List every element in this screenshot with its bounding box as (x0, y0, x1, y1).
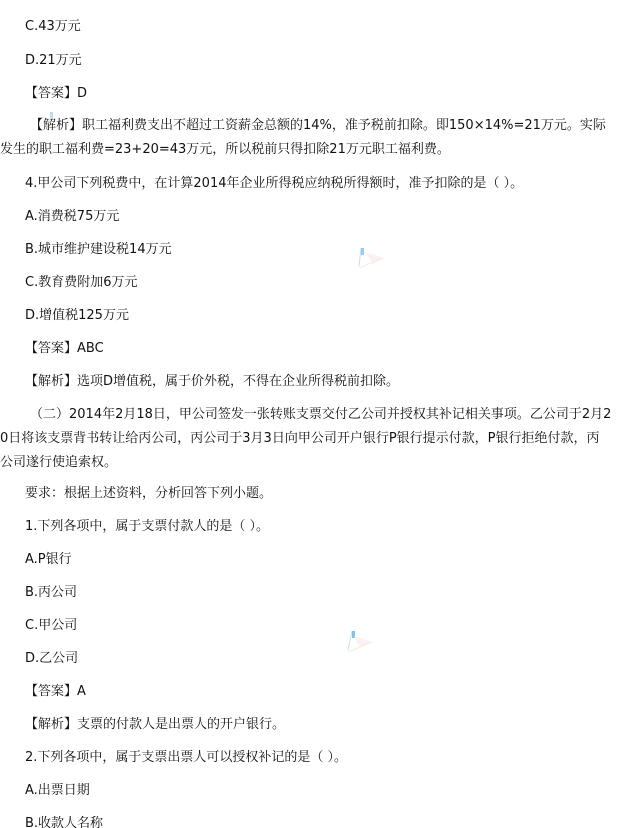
option-a: A.消费税75万元 (25, 207, 617, 226)
answer-label: 【答案】ABC (25, 339, 617, 358)
question-4-text: 4.甲公司下列税费中，在计算2014年企业所得税应纳税所得额时，准予扣除的是（ … (25, 174, 617, 193)
option-d: D.乙公司 (25, 649, 617, 668)
option-a: A.P银行 (25, 550, 617, 569)
option-d: D.21万元 (25, 51, 617, 70)
case-material-text: （二）2014年2月18日，甲公司签发一张转账支票交付乙公司并授权其补记相关事项… (0, 403, 612, 475)
analysis-text: 【解析】选项D增值税，属于价外税，不得在企业所得税前扣除。 (25, 372, 617, 391)
option-d: D.增值税125万元 (25, 306, 617, 325)
option-b: B.城市维护建设税14万元 (25, 240, 617, 259)
analysis-text: 【解析】支票的付款人是出票人的开户银行。 (25, 715, 617, 734)
answer-label: 【答案】D (25, 84, 617, 103)
question-2-text: 2.下列各项中，属于支票出票人可以授权补记的是（ ）。 (25, 748, 617, 767)
option-c: C.甲公司 (25, 616, 617, 635)
option-a: A.出票日期 (25, 781, 617, 800)
option-c: C.43万元 (25, 17, 617, 36)
answer-label: 【答案】A (25, 682, 617, 701)
question-1-text: 1.下列各项中，属于支票付款人的是（ ）。 (25, 517, 617, 536)
analysis-text: 【解析】职工福利费支出不超过工资薪金总额的14%，准予税前扣除。即150×14%… (0, 114, 612, 162)
option-b: B.收款人名称 (25, 814, 617, 828)
option-b: B.丙公司 (25, 583, 617, 602)
case-requirement-text: 要求：根据上述资料，分析回答下列小题。 (25, 484, 617, 503)
option-c: C.教育费附加6万元 (25, 273, 617, 292)
